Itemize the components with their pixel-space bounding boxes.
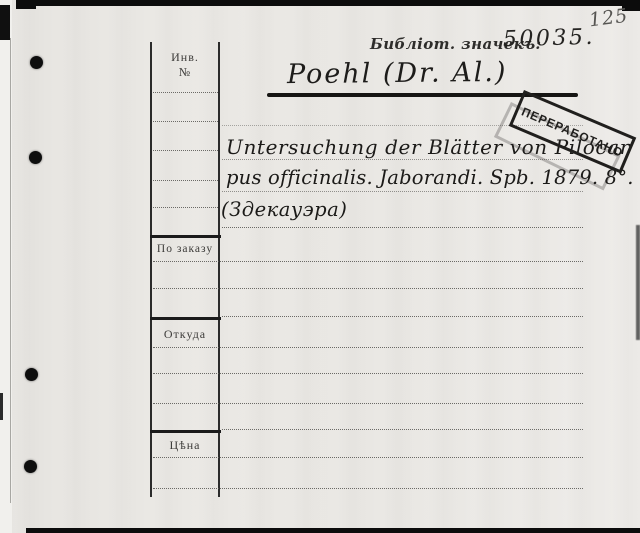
ruled-line	[153, 373, 583, 374]
card-right-edge-shadow	[636, 225, 640, 340]
price-label: Цѣна	[151, 438, 219, 453]
card-left-edge-shadow	[10, 38, 11, 503]
ruled-line	[153, 261, 583, 262]
punch-hole	[30, 56, 43, 69]
ruled-line	[222, 429, 583, 430]
scan-top-edge	[16, 0, 640, 6]
punch-hole	[24, 460, 37, 473]
scan-left-edge-mark	[0, 5, 10, 40]
ruled-line	[153, 347, 583, 348]
ruled-line	[222, 159, 583, 160]
ruled-line	[222, 191, 583, 192]
entry-line-3: (Здекауэра)	[221, 198, 347, 221]
punch-hole	[25, 368, 38, 381]
author-name: Poehl (Dr. Al.)	[287, 57, 508, 90]
ruled-line	[153, 92, 218, 93]
scan-bottom-edge	[26, 528, 640, 533]
page-number: 125	[588, 5, 630, 32]
order-label: По заказу	[151, 243, 219, 255]
punch-hole	[29, 151, 42, 164]
ruled-line	[222, 316, 583, 317]
inventory-label: Инв. №	[151, 50, 219, 80]
scanned-catalog-card: Инв. № По заказу Откуда Цѣна Библіот. зн…	[0, 0, 640, 533]
column-right-divider	[218, 42, 220, 497]
ruled-line	[153, 288, 583, 289]
inventory-label-no: №	[151, 65, 219, 80]
ruled-line	[153, 488, 583, 489]
origin-label: Откуда	[151, 327, 219, 342]
column-left-divider	[150, 42, 152, 497]
scan-top-edge-blob	[16, 0, 36, 9]
scan-left-edge-dash	[0, 393, 3, 420]
ruled-line	[153, 121, 218, 122]
ruled-line	[153, 150, 218, 151]
ruled-line	[153, 403, 583, 404]
inventory-label-abbr: Инв.	[151, 50, 219, 65]
ruled-line	[222, 227, 583, 228]
ruled-line	[153, 207, 218, 208]
ruled-line	[153, 180, 218, 181]
library-mark-value: 50035.	[503, 25, 596, 52]
section-divider	[150, 235, 221, 238]
section-divider	[150, 317, 221, 320]
ruled-line	[153, 457, 583, 458]
section-divider	[150, 430, 221, 433]
